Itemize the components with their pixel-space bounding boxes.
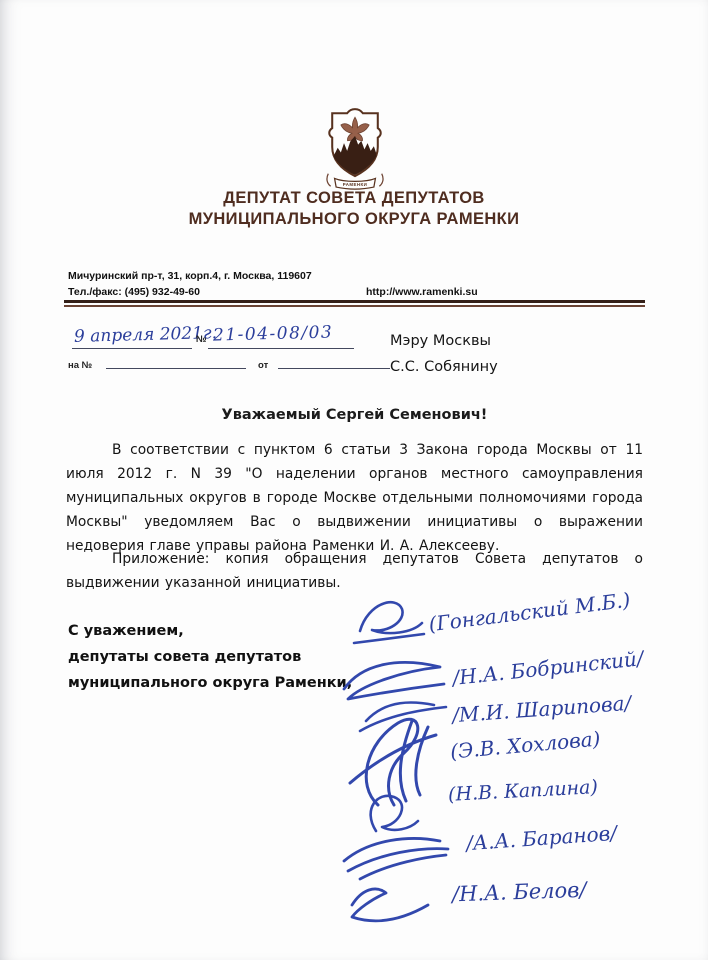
signature-scribble-5 [371, 796, 418, 831]
addressee-block: Мэру Москвы С.С. Собянину [390, 328, 498, 380]
org-phone: Тел./факс: (495) 932-49-60 [68, 284, 200, 300]
from-label: от [258, 360, 268, 371]
letter-page: РАМЕНКИ ДЕПУТАТ СОВЕТА ДЕПУТАТОВ МУНИЦИП… [0, 0, 708, 960]
signature-scribble-4 [350, 719, 436, 805]
org-address: Мичуринский пр-т, 31, корп.4, г. Москва,… [68, 268, 312, 284]
org-website: http://www.ramenki.su [366, 284, 478, 300]
ribbon-text: РАМЕНКИ [343, 182, 368, 187]
body-paragraph-2: Приложение: копия обращения депутатов Со… [66, 547, 643, 595]
header-rule-thin [64, 305, 645, 307]
org-title-line2: МУНИЦИПАЛЬНОГО ОКРУГА РАМЕНКИ [0, 209, 708, 230]
closing-line2: депутаты совета депутатов [68, 644, 352, 670]
addressee-line1: Мэру Москвы [390, 328, 498, 354]
paragraph-1-text: В соответствии с пунктом 6 статьи 3 Зако… [66, 442, 643, 554]
body-paragraph-1: В соответствии с пунктом 6 статьи 3 Зако… [66, 438, 643, 558]
signature-scribble-3 [360, 702, 446, 731]
closing-line1: С уважением, [68, 618, 352, 644]
signature-scribble-6 [344, 838, 448, 879]
coat-of-arms-icon: РАМЕНКИ [307, 103, 403, 191]
ramenki-coat-of-arms: РАМЕНКИ [307, 103, 403, 191]
number-sign-label: № [196, 334, 207, 345]
salutation: Уважаемый Сергей Семенович! [66, 407, 643, 423]
closing-block: С уважением, депутаты совета депутатов м… [68, 618, 352, 696]
closing-line3: муниципального округа Раменки, [68, 670, 352, 696]
paragraph-2-text: Приложение: копия обращения депутатов Со… [66, 551, 643, 591]
signature-scribble-2 [344, 662, 444, 699]
number-underline [208, 347, 354, 349]
signature-scribble-7 [352, 889, 428, 921]
addressee-line2: С.С. Собянину [390, 354, 498, 380]
signature-scribble-1 [354, 602, 424, 643]
org-title-line1: ДЕПУТАТ СОВЕТА ДЕПУТАТОВ [0, 188, 708, 209]
header-rule-thick [64, 300, 645, 303]
handwritten-number: 21-04-08/03 [213, 322, 334, 345]
from-underline [278, 367, 390, 369]
on-number-label: на № [68, 360, 92, 371]
on-number-underline [106, 367, 246, 369]
date-underline [72, 347, 192, 349]
signature-name-7: /Н.А. Белов/ [452, 878, 587, 907]
